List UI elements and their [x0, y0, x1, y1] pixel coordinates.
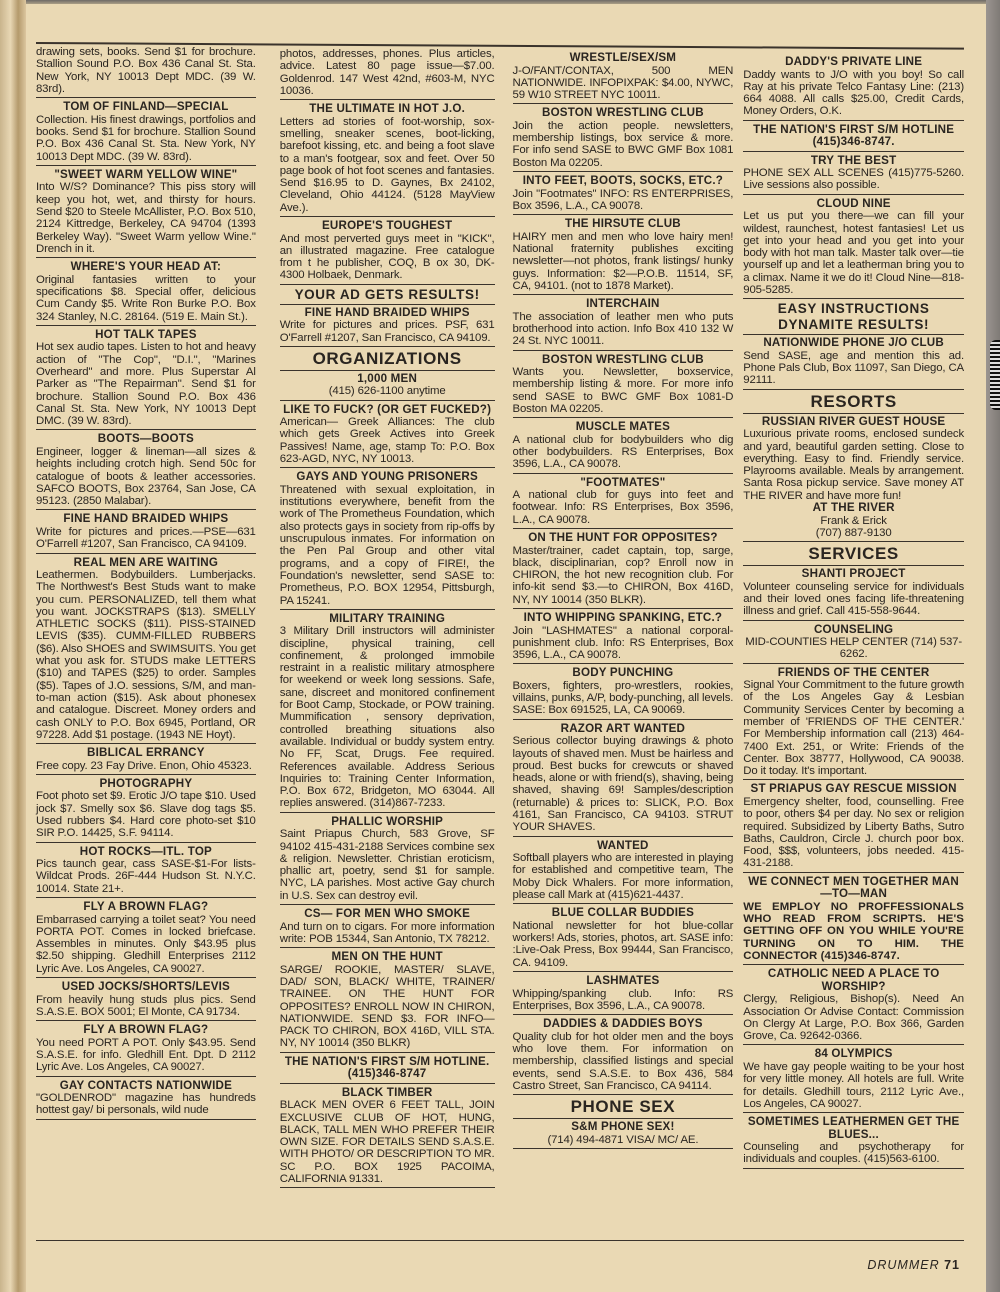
classified-ad: FLY A BROWN FLAG?You need PORT A POT. On… — [36, 1022, 256, 1076]
classified-ad: INTO FEET, BOOTS, SOCKS, ETC.?Join "Foot… — [513, 173, 734, 215]
ad-body: Boxers, fighters, pro-wrestlers, rookies… — [513, 680, 734, 717]
ad-body: Clergy, Religious, Bishop(s). Need An As… — [743, 993, 964, 1042]
classified-ad: ON THE HUNT FOR OPPOSITES?Master/trainer… — [513, 530, 734, 609]
ad-title: WHERE'S YOUR HEAD AT: — [36, 261, 256, 274]
classified-ad: LASHMATESWhipping/spanking club. Info: R… — [513, 973, 734, 1015]
ad-title: FINE HAND BRAIDED WHIPS — [280, 307, 495, 320]
column-3: WRESTLE/SEX/SMJ-O/FANT/CONTAX, 500 MEN N… — [513, 50, 734, 1189]
classified-ad: DADDIES & DADDIES BOYSQuality club for h… — [513, 1016, 734, 1095]
ad-title: COUNSELING — [743, 624, 964, 637]
classified-ad: MILITARY TRAINING3 Military Drill instru… — [280, 611, 495, 813]
classified-ad: CATHOLIC NEED A PLACE TO WORSHIP?Clergy,… — [743, 966, 964, 1045]
ad-body: Serious collector buying drawings & phot… — [513, 735, 734, 833]
classified-ad: WANTEDSoftball players who are intereste… — [513, 838, 734, 905]
ad-title: DADDY'S PRIVATE LINE — [743, 56, 964, 69]
ad-body: Pics taunch gear, cass SASE-$1-For lists… — [36, 858, 256, 895]
column-2: photos, addresses, phones. Plus articles… — [280, 46, 495, 1189]
ad-body: Leathermen. Bodybuilders. Lumberjacks. T… — [36, 569, 256, 741]
classified-ad: drawing sets, books. Send $1 for brochur… — [36, 44, 256, 98]
ad-title: REAL MEN ARE WAITING — [36, 557, 256, 570]
ad-title: FLY A BROWN FLAG? — [36, 901, 256, 914]
classified-ad: BLUE COLLAR BUDDIESNational newsletter f… — [513, 905, 734, 972]
ad-title: MILITARY TRAINING — [280, 613, 495, 626]
ad-title: BOSTON WRESTLING CLUB — [513, 107, 734, 120]
classified-ad: HOT TALK TAPESHot sex audio tapes. Liste… — [36, 327, 256, 431]
ad-title: THE ULTIMATE IN HOT J.O. — [280, 103, 495, 116]
ad-title: SOMETIMES LEATHERMEN GET THE BLUES... — [743, 1116, 964, 1141]
ad-title: THE NATION'S FIRST S/M HOTLINE. (415)346… — [280, 1056, 495, 1081]
ad-body: Luxurious private rooms, enclosed sundec… — [743, 428, 964, 502]
ad-title: LASHMATES — [513, 975, 734, 988]
ad-body: 3 Military Drill instructors will admini… — [280, 625, 495, 809]
ad-body: The association of leather men who puts … — [513, 311, 734, 348]
classified-ad: FRIENDS OF THE CENTERSignal Your Commitm… — [743, 665, 964, 781]
section-heading: SERVICES — [743, 543, 964, 566]
classified-ad: BOSTON WRESTLING CLUBWants you. Newslett… — [513, 352, 734, 419]
ad-body: And turn on to cigars. For more informat… — [280, 921, 495, 946]
ad-body: J-O/FANT/CONTAX, 500 MEN NATIONWIDE. INF… — [513, 65, 734, 102]
ad-body: photos, addresses, phones. Plus articles… — [280, 48, 495, 97]
ad-title: BLACK TIMBER — [280, 1087, 495, 1100]
ad-title: MEN ON THE HUNT — [280, 951, 495, 964]
classified-ad: INTO WHIPPING SPANKING, ETC.?Join "LASHM… — [513, 610, 734, 664]
page-number: 71 — [944, 1258, 960, 1272]
ad-title: WRESTLE/SEX/SM — [513, 52, 734, 65]
ad-body: Join "Footmates" INFO: RS ENTERPRISES, B… — [513, 188, 734, 213]
ad-body: Quality club for hot older men and the b… — [513, 1031, 734, 1092]
ad-subtitle: AT THE RIVER — [743, 502, 964, 515]
classified-ad: HOT ROCKS—ITL. TOPPics taunch gear, cass… — [36, 844, 256, 898]
ad-body: Signal Your Commitment to the future gro… — [743, 679, 964, 777]
section-heading: YOUR AD GETS RESULTS! — [280, 286, 495, 305]
ad-body: "GOLDENROD" magazine has hundreds hottes… — [36, 1092, 256, 1117]
ad-body: Into W/S? Dominance? This piss story wil… — [36, 181, 256, 255]
ad-title: THE NATION'S FIRST S/M HOTLINE (415)346-… — [743, 124, 964, 149]
ad-title: BLUE COLLAR BUDDIES — [513, 907, 734, 920]
ad-title: PHALLIC WORSHIP — [280, 816, 495, 829]
ad-body: Master/trainer, cadet captain, top, sarg… — [513, 545, 734, 606]
ad-body: Write for pictures and prices.—PSE—631 O… — [36, 526, 256, 551]
ad-title: DADDIES & DADDIES BOYS — [513, 1018, 734, 1031]
ad-body: Softball players who are interested in p… — [513, 852, 734, 901]
classified-ad: TOM OF FINLAND—SPECIALCollection. His fi… — [36, 99, 256, 166]
classified-ad: RAZOR ART WANTEDSerious collector buying… — [513, 721, 734, 837]
classified-ad: LIKE TO FUCK? (OR GET FUCKED?)American— … — [280, 402, 495, 469]
ad-body: Whipping/spanking club. Info: RS Enterpr… — [513, 988, 734, 1013]
ad-title: RAZOR ART WANTED — [513, 723, 734, 736]
ad-title: ON THE HUNT FOR OPPOSITES? — [513, 532, 734, 545]
classified-ad: photos, addresses, phones. Plus articles… — [280, 46, 495, 100]
ad-body: You need PORT A POT. Only $43.95. Send S… — [36, 1037, 256, 1074]
classified-ad: INTERCHAINThe association of leather men… — [513, 296, 734, 350]
section-heading: PHONE SEX — [513, 1096, 734, 1119]
classified-ad: USED JOCKS/SHORTS/LEVISFrom heavily hung… — [36, 979, 256, 1021]
ad-title: INTERCHAIN — [513, 298, 734, 311]
ad-body: Write for pictures and prices. PSF, 631 … — [280, 319, 495, 344]
ad-body: We have gay people waiting to be your ho… — [743, 1061, 964, 1110]
ad-title: S&M PHONE SEX! — [513, 1121, 734, 1134]
classified-ad: DADDY'S PRIVATE LINEDaddy wants to J/O w… — [743, 54, 964, 121]
classified-ad: MEN ON THE HUNTSARGE/ ROOKIE, MASTER/ SL… — [280, 949, 495, 1053]
ad-contact-line: (707) 887-9130 — [743, 527, 964, 539]
classified-ad: SOMETIMES LEATHERMEN GET THE BLUES...Cou… — [743, 1114, 964, 1169]
ad-body: Letters ad stories of foot-worship, sox-… — [280, 116, 495, 214]
ad-body: Counseling and psychotherapy for individ… — [743, 1141, 964, 1166]
ad-title: HOT TALK TAPES — [36, 329, 256, 342]
ad-body: National newsletter for hot blue-collar … — [513, 920, 734, 969]
classified-ad: BOSTON WRESTLING CLUBJoin the action peo… — [513, 105, 734, 172]
classified-ad: THE HIRSUTE CLUBHAIRY men and men who lo… — [513, 216, 734, 295]
binding-clip-icon — [990, 340, 1000, 410]
classified-ad: WE CONNECT MEN TOGETHER MAN—TO—MANWE EMP… — [743, 874, 964, 965]
classified-ad: 84 OLYMPICSWe have gay people waiting to… — [743, 1046, 964, 1113]
column-4: DADDY'S PRIVATE LINEDaddy wants to J/O w… — [743, 54, 964, 1189]
section-heading: ORGANIZATIONS — [280, 348, 495, 371]
classified-ad: BOOTS—BOOTSEngineer, logger & lineman—al… — [36, 431, 256, 510]
ad-title: NATIONWIDE PHONE J/O CLUB — [743, 337, 964, 350]
ad-title: BIBLICAL ERRANCY — [36, 747, 256, 760]
ad-body: Embarrased carrying a toilet seat? You n… — [36, 914, 256, 975]
column-1: drawing sets, books. Send $1 for brochur… — [36, 44, 256, 1189]
classified-ad: COUNSELINGMID-COUNTIES HELP CENTER (714)… — [743, 622, 964, 664]
classified-ad: "FOOTMATES"A national club for guys into… — [513, 475, 734, 529]
ad-body: A national club for bodybuilders who dig… — [513, 434, 734, 471]
ad-body: Foot photo set $9. Erotic J/O tape $10. … — [36, 790, 256, 839]
classified-ad: EUROPE'S TOUGHESTAnd most perverted guys… — [280, 218, 495, 285]
ad-body: American— Greek Alliances: The club whic… — [280, 416, 495, 465]
classified-ad: RUSSIAN RIVER GUEST HOUSELuxurious priva… — [743, 414, 964, 542]
ad-body: Join the action people. newsletters, mem… — [513, 120, 734, 169]
ad-title: CLOUD NINE — [743, 198, 964, 211]
ad-title: GAYS AND YOUNG PRISONERS — [280, 471, 495, 484]
ad-title: "SWEET WARM YELLOW WINE" — [36, 169, 256, 182]
ad-body: Collection. His finest drawings, portfol… — [36, 114, 256, 163]
classified-ad: S&M PHONE SEX!(714) 494-4871 VISA/ MC/ A… — [513, 1119, 734, 1149]
ad-title: 84 OLYMPICS — [743, 1048, 964, 1061]
page-footer: DRUMMER 71 — [867, 1258, 960, 1272]
ad-body: Emergency shelter, food, counselling. Fr… — [743, 796, 964, 870]
section-heading: EASY INSTRUCTIONS DYNAMITE RESULTS! — [743, 300, 964, 335]
ad-title: TRY THE BEST — [743, 155, 964, 168]
ad-body: MID-COUNTIES HELP CENTER (714) 537-6262. — [743, 636, 964, 661]
classified-ad: CLOUD NINELet us put you there—we can fi… — [743, 196, 964, 300]
ad-title: RUSSIAN RIVER GUEST HOUSE — [743, 416, 964, 429]
ad-body: And most perverted guys meet in "KICK", … — [280, 233, 495, 282]
classified-ad: CS— FOR MEN WHO SMOKEAnd turn on to ciga… — [280, 906, 495, 948]
ad-body: Daddy wants to J/O with you boy! So call… — [743, 69, 964, 118]
ad-title: FINE HAND BRAIDED WHIPS — [36, 513, 256, 526]
ad-body: Threatened with sexual exploitation, in … — [280, 484, 495, 607]
ad-body: (415) 626-1100 anytime — [280, 385, 495, 397]
classified-ad: THE NATION'S FIRST S/M HOTLINE (415)346-… — [743, 122, 964, 152]
ad-title: BOSTON WRESTLING CLUB — [513, 354, 734, 367]
ad-body: Wants you. Newsletter, boxservice, membe… — [513, 366, 734, 415]
ad-body: WE EMPLOY NO PROFFESSIONALS WHO READ FRO… — [743, 901, 964, 962]
classified-ad: FINE HAND BRAIDED WHIPSWrite for picture… — [36, 511, 256, 553]
classified-ad: "SWEET WARM YELLOW WINE"Into W/S? Domina… — [36, 167, 256, 258]
classified-ad: WHERE'S YOUR HEAD AT:Original fantasies … — [36, 259, 256, 326]
ad-title: BODY PUNCHING — [513, 667, 734, 680]
ad-body: (714) 494-4871 VISA/ MC/ AE. — [513, 1134, 734, 1146]
publication-name: DRUMMER — [867, 1258, 939, 1272]
ad-body: Join "LASHMATES" a national corporal-pun… — [513, 625, 734, 662]
classified-ad: PHOTOGRAPHYFoot photo set $9. Erotic J/O… — [36, 776, 256, 843]
ad-body: A national club for guys into feet and f… — [513, 489, 734, 526]
page-edge-right — [986, 0, 1000, 1292]
ad-body: BLACK MEN OVER 6 FEET TALL, JOIN EXCLUSI… — [280, 1099, 495, 1185]
ad-body: Let us put you there—we can fill your wi… — [743, 210, 964, 296]
magazine-spine — [0, 0, 26, 1292]
ad-title: INTO FEET, BOOTS, SOCKS, ETC.? — [513, 175, 734, 188]
ad-title: CS— FOR MEN WHO SMOKE — [280, 908, 495, 921]
ad-title: THE HIRSUTE CLUB — [513, 218, 734, 231]
section-heading: RESORTS — [743, 391, 964, 414]
classified-ad: BLACK TIMBERBLACK MEN OVER 6 FEET TALL, … — [280, 1085, 495, 1189]
ad-body: Hot sex audio tapes. Listen to hot and h… — [36, 341, 256, 427]
ad-body: Send SASE, age and mention this ad. Phon… — [743, 350, 964, 387]
ad-body: SARGE/ ROOKIE, MASTER/ SLAVE, DAD/ SON, … — [280, 964, 495, 1050]
ad-title: CATHOLIC NEED A PLACE TO WORSHIP? — [743, 968, 964, 993]
ad-body: drawing sets, books. Send $1 for brochur… — [36, 46, 256, 95]
classified-ad: PHALLIC WORSHIPSaint Priapus Church, 583… — [280, 814, 495, 905]
ad-title: WE CONNECT MEN TOGETHER MAN—TO—MAN — [743, 876, 964, 901]
ad-body: Original fantasies written to your speci… — [36, 274, 256, 323]
ad-title: FLY A BROWN FLAG? — [36, 1024, 256, 1037]
ad-title: BOOTS—BOOTS — [36, 433, 256, 446]
classified-ad: ST PRIAPUS GAY RESCUE MISSIONEmergency s… — [743, 781, 964, 872]
ad-body: HAIRY men and men who love hairy men! Na… — [513, 231, 734, 292]
ad-body: PHONE SEX ALL SCENES (415)775-5260. Live… — [743, 167, 964, 192]
classified-ad: FINE HAND BRAIDED WHIPSWrite for picture… — [280, 305, 495, 347]
classified-ad: REAL MEN ARE WAITINGLeathermen. Bodybuil… — [36, 555, 256, 745]
ad-title: ST PRIAPUS GAY RESCUE MISSION — [743, 783, 964, 796]
classified-ad: GAY CONTACTS NATIONWIDE"GOLDENROD" magaz… — [36, 1078, 256, 1120]
ad-contact-line: Frank & Erick — [743, 515, 964, 527]
ad-title: HOT ROCKS—ITL. TOP — [36, 846, 256, 859]
classified-ad: WRESTLE/SEX/SMJ-O/FANT/CONTAX, 500 MEN N… — [513, 50, 734, 104]
ad-body: From heavily hung studs plus pics. Send … — [36, 994, 256, 1019]
ad-body: Saint Priapus Church, 583 Grove, SF 9410… — [280, 828, 495, 902]
classified-ad: THE NATION'S FIRST S/M HOTLINE. (415)346… — [280, 1054, 495, 1084]
ad-title: GAY CONTACTS NATIONWIDE — [36, 1080, 256, 1093]
classified-ad: 1,000 MEN(415) 626-1100 anytime — [280, 371, 495, 401]
ad-title: SHANTI PROJECT — [743, 568, 964, 581]
bottom-rule — [36, 1240, 964, 1241]
ad-body: Volunteer counseling service for individ… — [743, 581, 964, 618]
classified-ad: MUSCLE MATESA national club for bodybuil… — [513, 419, 734, 473]
classified-ad: NATIONWIDE PHONE J/O CLUBSend SASE, age … — [743, 335, 964, 389]
ad-title: "FOOTMATES" — [513, 477, 734, 490]
ad-title: WANTED — [513, 840, 734, 853]
ad-title: PHOTOGRAPHY — [36, 778, 256, 791]
ad-title: FRIENDS OF THE CENTER — [743, 667, 964, 680]
ad-title: LIKE TO FUCK? (OR GET FUCKED?) — [280, 404, 495, 417]
ad-body: Free copy. 23 Fay Drive. Enon, Ohio 4532… — [36, 760, 256, 772]
ad-title: TOM OF FINLAND—SPECIAL — [36, 101, 256, 114]
classified-ad: BODY PUNCHINGBoxers, fighters, pro-wrest… — [513, 665, 734, 719]
ad-title: MUSCLE MATES — [513, 421, 734, 434]
ad-body: Engineer, logger & lineman—all sizes & h… — [36, 446, 256, 507]
classified-ad: THE ULTIMATE IN HOT J.O.Letters ad stori… — [280, 101, 495, 217]
ad-title: 1,000 MEN — [280, 373, 495, 386]
ad-title: USED JOCKS/SHORTS/LEVIS — [36, 981, 256, 994]
classified-ad: BIBLICAL ERRANCYFree copy. 23 Fay Drive.… — [36, 745, 256, 775]
classified-columns: drawing sets, books. Send $1 for brochur… — [36, 44, 964, 1189]
ad-title: EUROPE'S TOUGHEST — [280, 220, 495, 233]
classified-ad: FLY A BROWN FLAG?Embarrased carrying a t… — [36, 899, 256, 978]
ad-title: INTO WHIPPING SPANKING, ETC.? — [513, 612, 734, 625]
classified-ad: SHANTI PROJECTVolunteer counseling servi… — [743, 566, 964, 620]
classified-ad: TRY THE BESTPHONE SEX ALL SCENES (415)77… — [743, 153, 964, 195]
classified-ad: GAYS AND YOUNG PRISONERSThreatened with … — [280, 469, 495, 609]
